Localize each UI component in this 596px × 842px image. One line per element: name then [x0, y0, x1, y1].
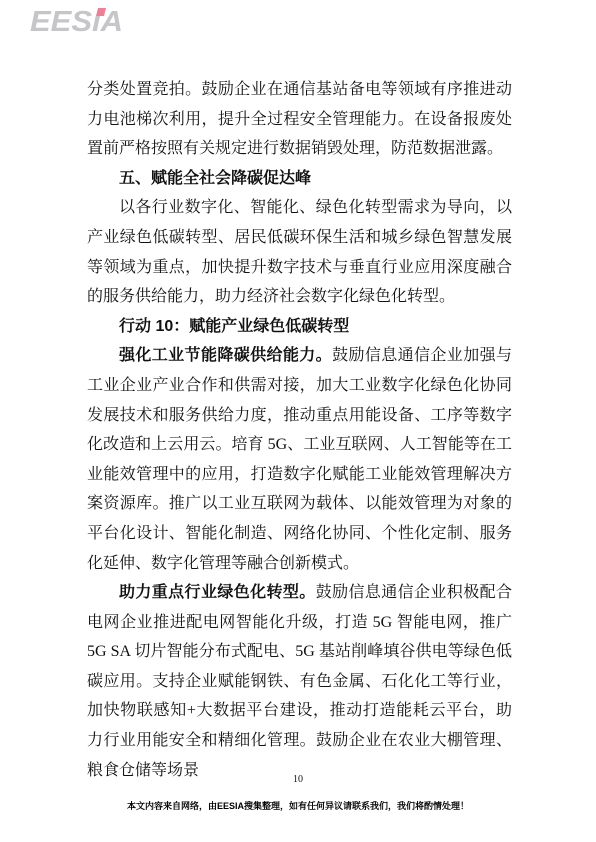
paragraph-text: 分类处置竞拍。鼓励企业在通信基站备电等领域有序推进动力电池梯次利用，提升全过程安… — [87, 81, 512, 157]
section-heading: 五、赋能全社会降碳促达峰 — [87, 164, 512, 194]
paragraph-text: 鼓励信息通信企业积极配合电网企业推进配电网智能化升级，打造 5G 智能电网，推广… — [87, 584, 512, 779]
page-number: 10 — [0, 774, 596, 786]
eesia-logo: EESıA — [30, 4, 170, 44]
paragraph: 助力重点行业绿色化转型。鼓励信息通信企业积极配合电网企业推进配电网智能化升级，打… — [87, 578, 512, 785]
paragraph-bold-lead: 助力重点行业绿色化转型。 — [119, 584, 316, 601]
document-body: 分类处置竞拍。鼓励企业在通信基站备电等领域有序推进动力电池梯次利用，提升全过程安… — [87, 75, 512, 785]
paragraph: 强化工业节能降碳供给能力。鼓励信息通信企业加强与工业企业产业合作和供需对接，加大… — [87, 341, 512, 578]
section-heading: 行动 10：赋能产业绿色低碳转型 — [87, 312, 512, 342]
paragraph: 以各行业数字化、智能化、绿色化转型需求为导向，以产业绿色低碳转型、居民低碳环保生… — [87, 193, 512, 311]
heading-text: 行动 10：赋能产业绿色低碳转型 — [119, 318, 349, 335]
heading-text: 五、赋能全社会降碳促达峰 — [119, 170, 311, 187]
logo-text: EESıA — [30, 5, 123, 38]
document-page: EESıA 分类处置竞拍。鼓励企业在通信基站备电等领域有序推进动力电池梯次利用，… — [0, 0, 596, 842]
paragraph-text: 以各行业数字化、智能化、绿色化转型需求为导向，以产业绿色低碳转型、居民低碳环保生… — [87, 199, 512, 305]
paragraph-text: 鼓励信息通信企业加强与工业企业产业合作和供需对接，加大工业数字化绿色化协同发展技… — [87, 347, 512, 571]
logo-text-pre: EES — [30, 5, 92, 37]
paragraph: 分类处置竞拍。鼓励企业在通信基站备电等领域有序推进动力电池梯次利用，提升全过程安… — [87, 75, 512, 164]
footer-disclaimer: 本文内容来自网络，由EESIA搜集整理，如有任何异议请联系我们，我们将酌情处理！ — [0, 801, 596, 812]
paragraph-bold-lead: 强化工业节能降碳供给能力。 — [119, 347, 332, 364]
